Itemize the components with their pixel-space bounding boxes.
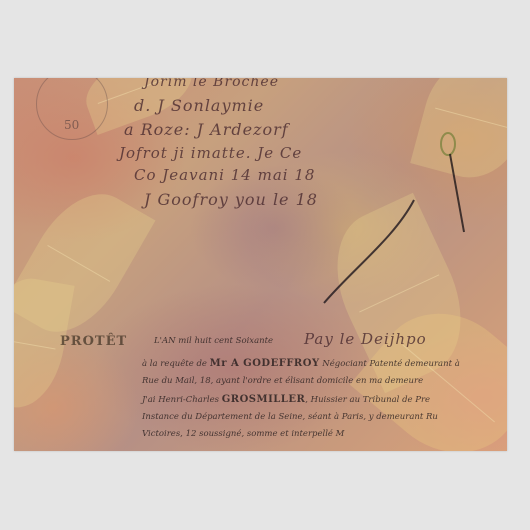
document-line: Victoires, 12 soussigné, somme et interp…: [142, 429, 344, 439]
handwriting-line: Jorim le Brochee: [144, 78, 279, 90]
document-line: Instance du Département de la Seine, séa…: [142, 412, 438, 422]
handwriting-line: a Roze: J Ardezorf: [124, 120, 289, 139]
stamp-value: 50: [64, 118, 79, 132]
handwriting-line: Jofrot ji imatte. Je Ce: [119, 144, 302, 162]
document-heading: PROTÊT: [60, 334, 127, 349]
document-line: L'AN mil huit cent Soixante: [154, 336, 273, 346]
ink-stroke: [304, 198, 424, 308]
document-line: à la requête de Mr A GODEFFROY Négociant…: [142, 358, 460, 369]
document-line: Rue du Mail, 18, ayant l'ordre et élisan…: [142, 376, 423, 386]
handwriting-line: Co Jeavani 14 mai 18: [134, 166, 315, 184]
pen-nib-icon: [434, 128, 474, 238]
handwriting-inline: Pay le Deijhpo: [304, 330, 427, 348]
handwriting-line: d. J Sonlaymie: [134, 96, 264, 115]
document-line: J'ai Henri-Charles GROSMILLER, Huissier …: [142, 394, 430, 405]
handwriting-line: J Goofroy you le 18: [144, 190, 318, 209]
collage-card: 50 Jorim le Brochee d. J Sonlaymie a Roz…: [14, 78, 507, 451]
